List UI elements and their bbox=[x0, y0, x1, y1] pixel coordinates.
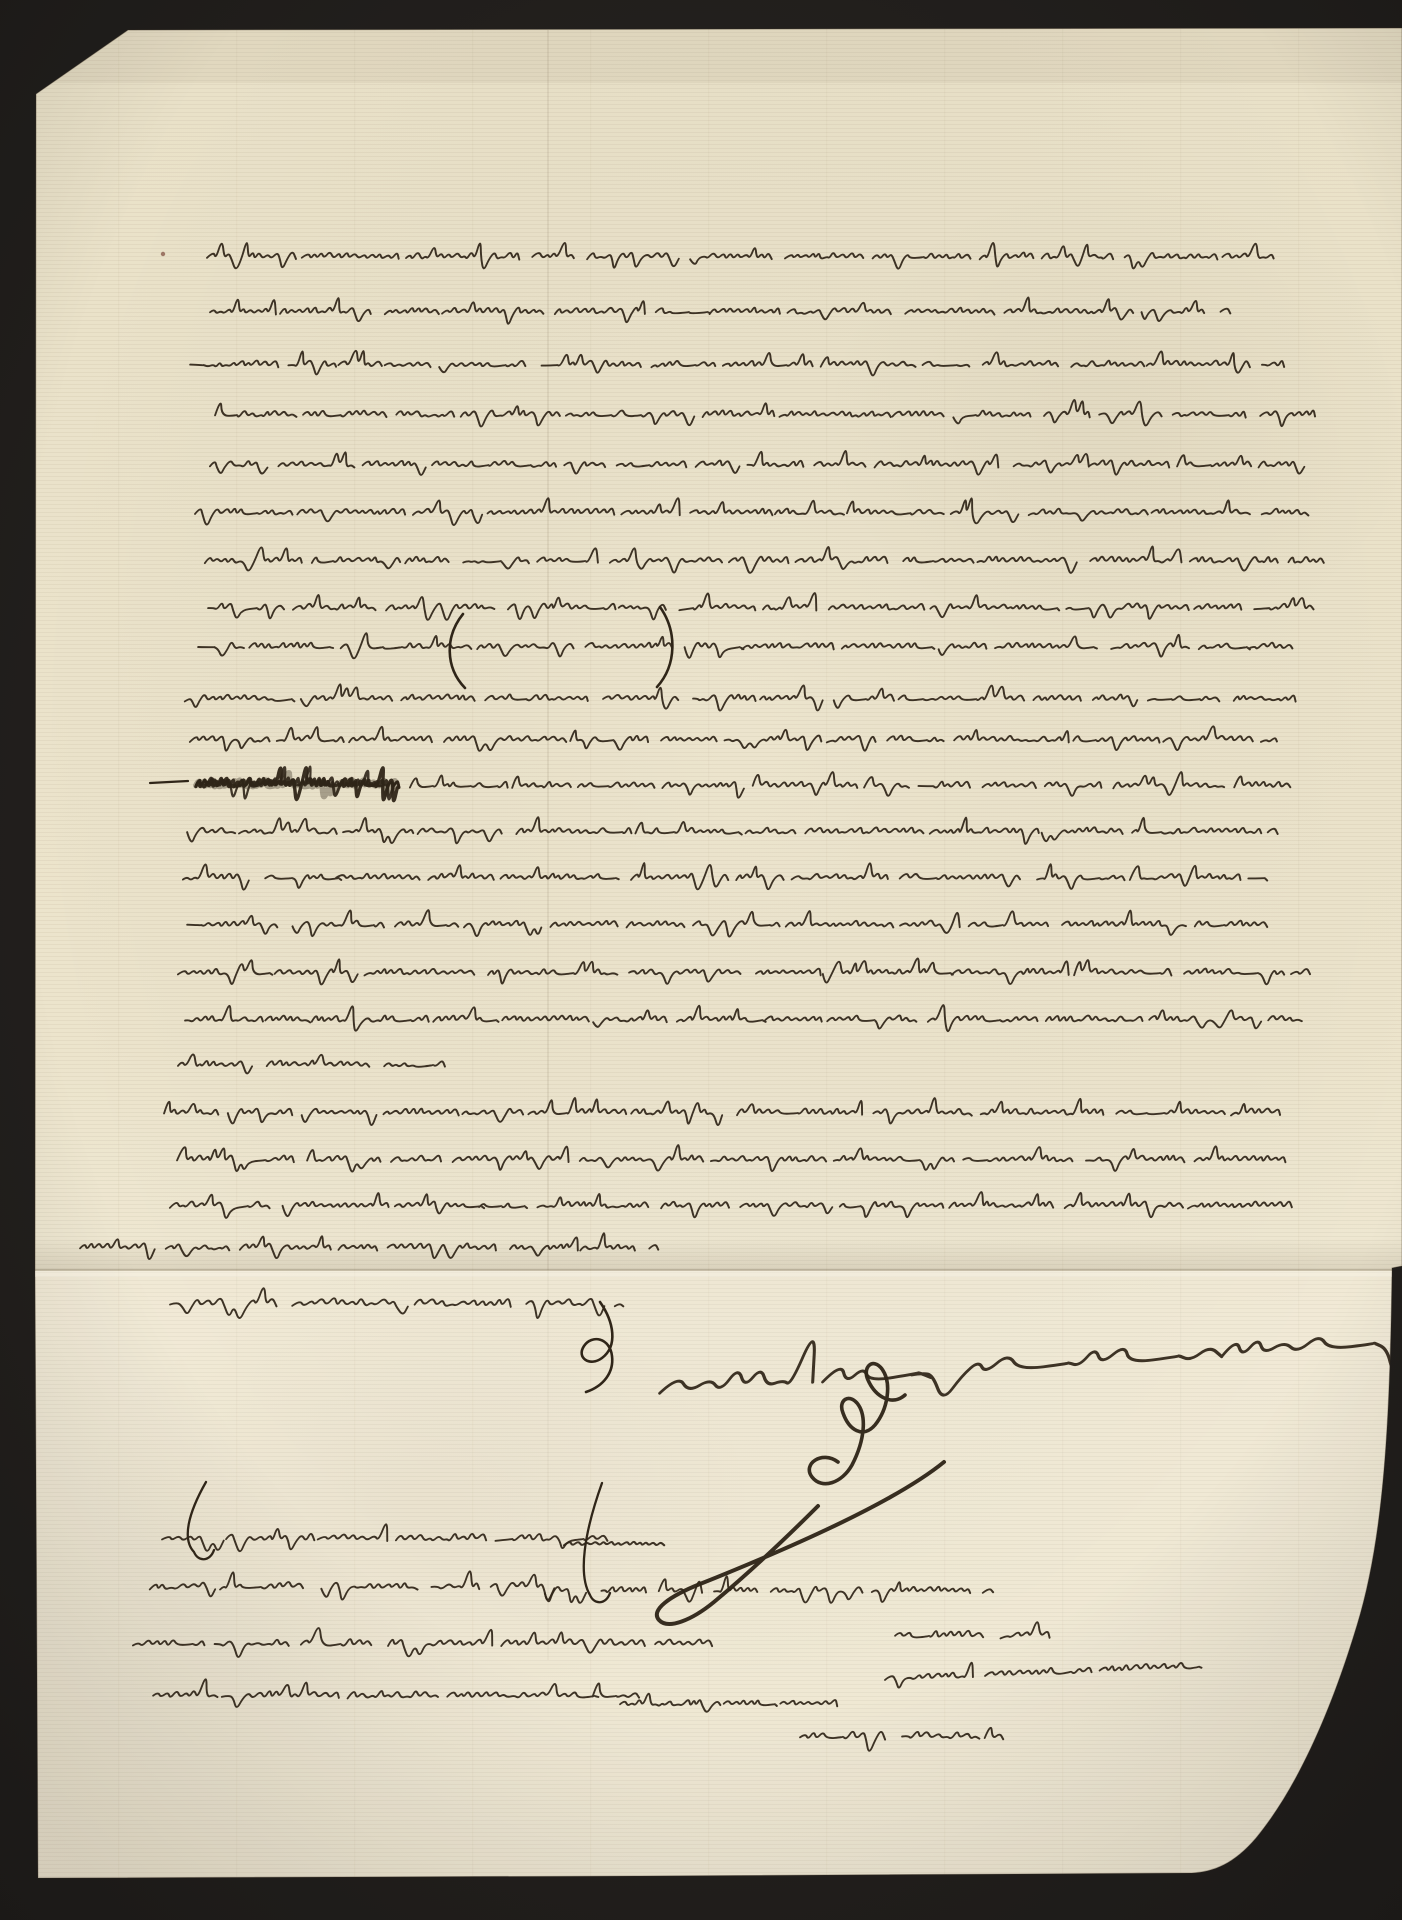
top-edge-shade bbox=[34, 28, 1402, 83]
paper-speck bbox=[161, 252, 165, 256]
letter-scan-svg bbox=[0, 0, 1402, 1920]
fold-shadow-band bbox=[34, 1238, 1402, 1270]
paper-stain bbox=[820, 180, 1402, 660]
scanned-letter-photograph bbox=[0, 0, 1402, 1920]
